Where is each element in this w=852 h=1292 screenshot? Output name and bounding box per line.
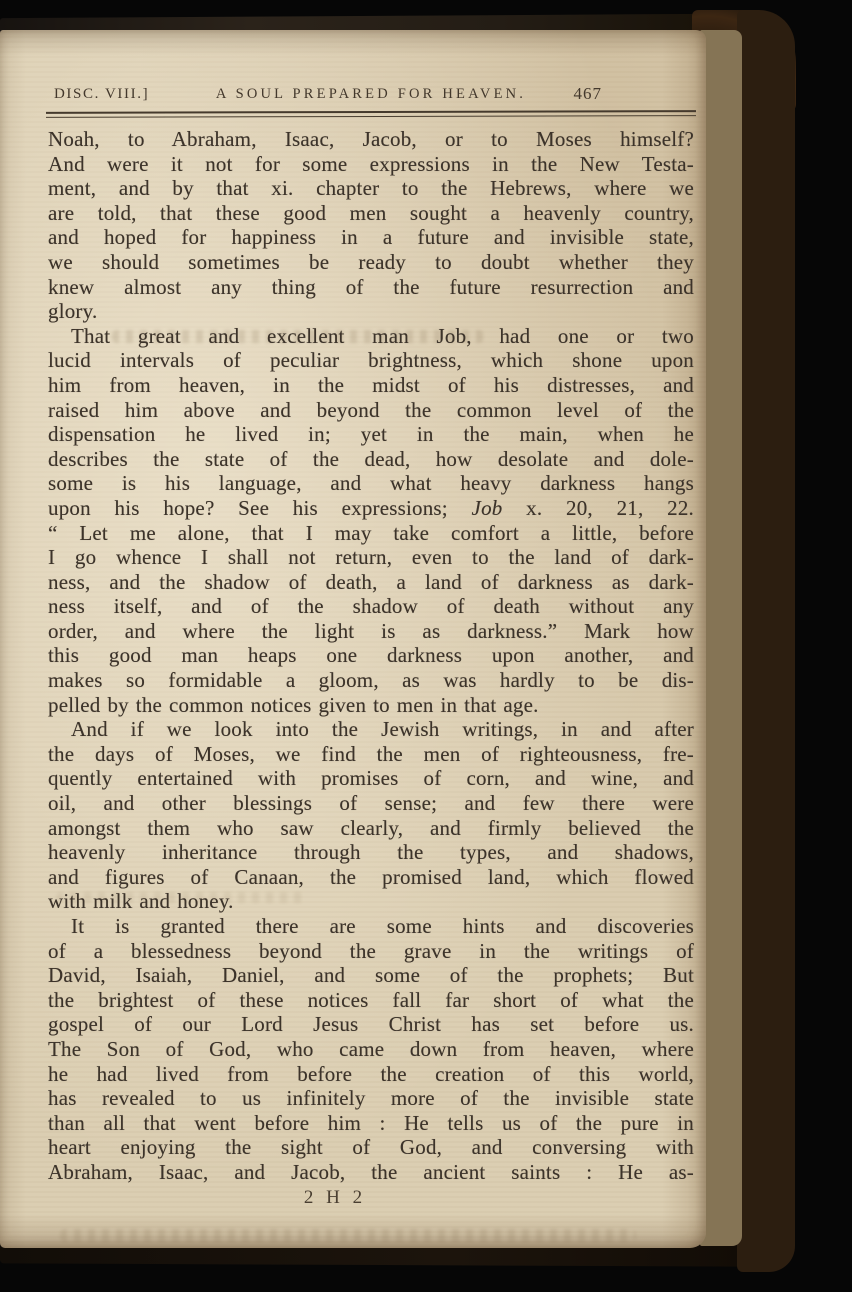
text-line: this good man heaps one darkness upon an… <box>48 643 694 668</box>
text-line: the brightest of these notices fall far … <box>48 988 694 1013</box>
text-line: dispensation he lived in; yet in the mai… <box>48 422 694 447</box>
text-line: Abraham, Isaac, and Jacob, the ancient s… <box>48 1160 694 1185</box>
running-title: A SOUL PREPARED FOR HEAVEN. <box>216 86 526 103</box>
text-line: describes the state of the dead, how des… <box>48 447 694 472</box>
text-line: knew almost any thing of the future resu… <box>48 275 694 300</box>
text-line: and hoped for happiness in a future and … <box>48 225 694 250</box>
text-line: gospel of our Lord Jesus Christ has set … <box>48 1012 694 1037</box>
text-line: ment, and by that xi. chapter to the Heb… <box>48 176 694 201</box>
text-line: order, and where the light is as darknes… <box>48 619 694 644</box>
running-header: DISC. VIII.] A SOUL PREPARED FOR HEAVEN.… <box>48 84 694 106</box>
text-line: ness, and the shadow of death, a land of… <box>48 570 694 595</box>
show-through-smudge <box>60 1229 636 1242</box>
book-cover <box>737 10 795 1272</box>
text-line: The Son of God, who came down from heave… <box>48 1037 694 1062</box>
text-line: with milk and honey. <box>48 889 694 914</box>
discourse-number: DISC. VIII.] <box>54 86 149 103</box>
text-line: some is his language, and what heavy dar… <box>48 471 694 496</box>
text-line: David, Isaiah, Daniel, and some of the p… <box>48 963 694 988</box>
text-line: has revealed to us infinitely more of th… <box>48 1086 694 1111</box>
text-line: upon his hope? See his expressions; Job … <box>48 496 694 521</box>
text-line: lucid intervals of peculiar brightness, … <box>48 348 694 373</box>
text-line: “ Let me alone, that I may take comfort … <box>48 521 694 546</box>
page-number: 467 <box>574 84 603 104</box>
text-line: Noah, to Abraham, Isaac, Jacob, or to Mo… <box>48 127 694 152</box>
text-line: are told, that these good men sought a h… <box>48 201 694 226</box>
text-line: quently entertained with promises of cor… <box>48 766 694 791</box>
text-line: of a blessedness beyond the grave in the… <box>48 939 694 964</box>
text-line: ness itself, and of the shadow of death … <box>48 594 694 619</box>
text-line: That great and excellent man Job, had on… <box>48 324 694 349</box>
text-line: him from heaven, in the midst of his dis… <box>48 373 694 398</box>
text-line: the days of Moses, we find the men of ri… <box>48 742 694 767</box>
text-line: It is granted there are some hints and d… <box>48 914 694 939</box>
text-line: he had lived from before the creation of… <box>48 1062 694 1087</box>
signature-mark: 2 H 2 <box>12 1187 658 1209</box>
text-line: pelled by the common notices given to me… <box>48 693 694 718</box>
text-line: heart enjoying the sight of God, and con… <box>48 1135 694 1160</box>
text-line: and figures of Canaan, the promised land… <box>48 865 694 890</box>
text-line: I go whence I shall not return, even to … <box>48 545 694 570</box>
text-line: oil, and other blessings of sense; and f… <box>48 791 694 816</box>
text-line: raised him above and beyond the common l… <box>48 398 694 423</box>
text-line: heavenly inheritance through the types, … <box>48 840 694 865</box>
text-block: Noah, to Abraham, Isaac, Jacob, or to Mo… <box>48 127 694 1185</box>
page-fore-edge <box>700 30 742 1246</box>
text-line: glory. <box>48 299 694 324</box>
text-line: than all that went before him : He tells… <box>48 1111 694 1136</box>
text-line: we should sometimes be ready to doubt wh… <box>48 250 694 275</box>
text-line: And if we look into the Jewish writings,… <box>48 717 694 742</box>
text-line: And were it not for some expressions in … <box>48 152 694 177</box>
text-line: amongst them who saw clearly, and firmly… <box>48 816 694 841</box>
text-line: makes so formidable a gloom, as was hard… <box>48 668 694 693</box>
photo-background: DISC. VIII.] A SOUL PREPARED FOR HEAVEN.… <box>0 0 852 1292</box>
